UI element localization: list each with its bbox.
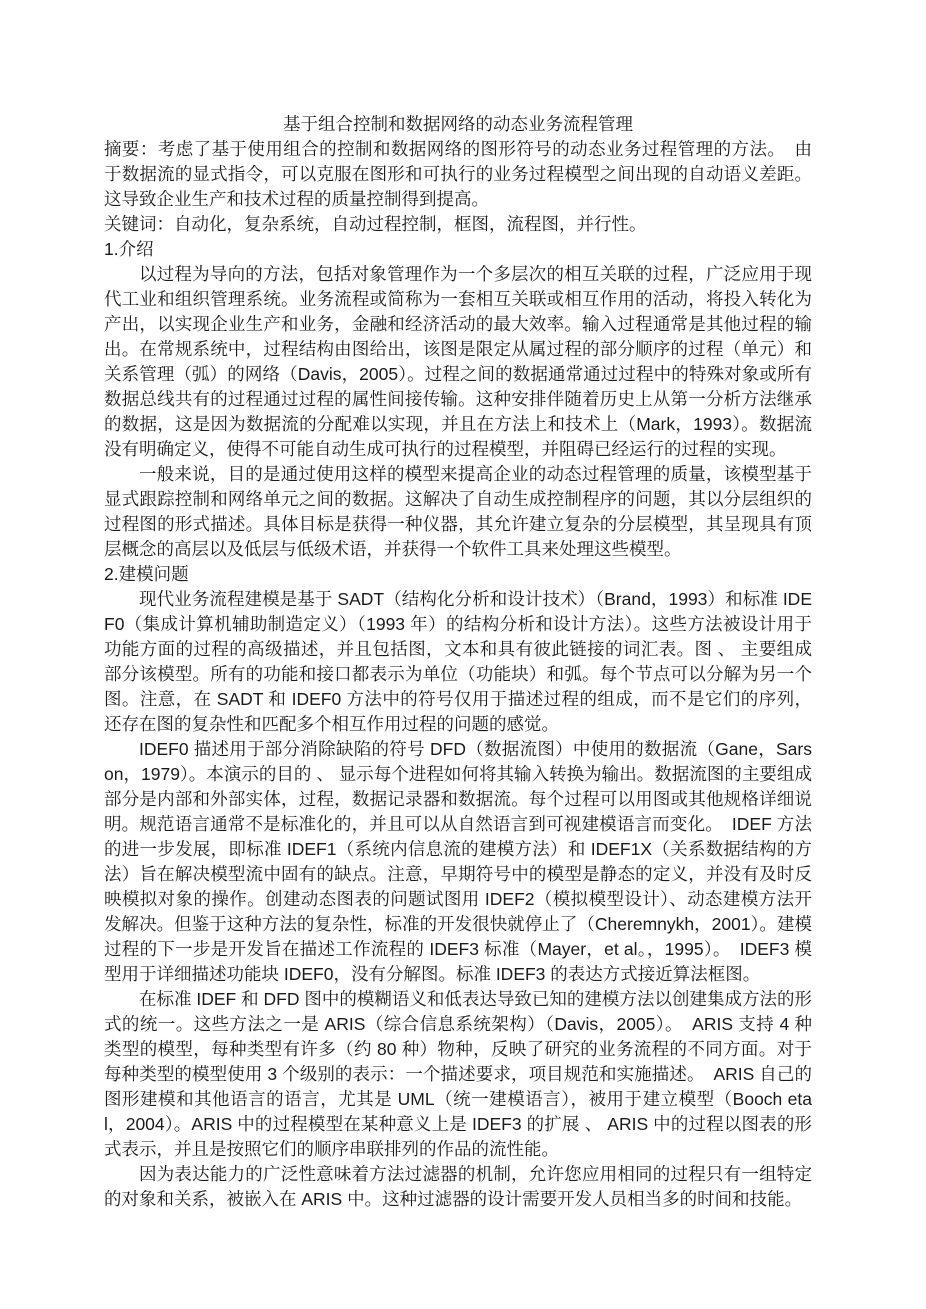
keywords-paragraph: 关键词：自动化，复杂系统，自动过程控制，框图，流程图，并行性。	[104, 212, 812, 237]
document-page: 基于组合控制和数据网络的动态业务流程管理 摘要：考虑了基于使用组合的控制和数据网…	[0, 0, 926, 1309]
introduction-paragraph-2: 一般来说，目的是通过使用这样的模型来提高企业的动态过程管理的质量，该模型基于显式…	[104, 462, 812, 562]
document-title: 基于组合控制和数据网络的动态业务流程管理	[104, 112, 812, 137]
modeling-paragraph-4: 因为表达能力的广泛性意味着方法过滤器的机制，允许您应用相同的过程只有一组特定的对…	[104, 1162, 812, 1212]
section-heading-modeling-problems: 2.建模问题	[104, 562, 812, 587]
modeling-paragraph-2: IDEF0 描述用于部分消除缺陷的符号 DFD（数据流图）中使用的数据流（Gan…	[104, 737, 812, 987]
document-content: 基于组合控制和数据网络的动态业务流程管理 摘要：考虑了基于使用组合的控制和数据网…	[104, 112, 812, 1212]
introduction-paragraph-1: 以过程为导向的方法，包括对象管理作为一个多层次的相互关联的过程，广泛应用于现代工…	[104, 262, 812, 462]
section-heading-introduction: 1.介绍	[104, 237, 812, 262]
abstract-paragraph: 摘要：考虑了基于使用组合的控制和数据网络的图形符号的动态业务过程管理的方法。 由…	[104, 137, 812, 212]
modeling-paragraph-1: 现代业务流程建模是基于 SADT（结构化分析和设计技术）（Brand，1993）…	[104, 587, 812, 737]
modeling-paragraph-3: 在标准 IDEF 和 DFD 图中的模糊语义和低表达导致已知的建模方法以创建集成…	[104, 987, 812, 1162]
